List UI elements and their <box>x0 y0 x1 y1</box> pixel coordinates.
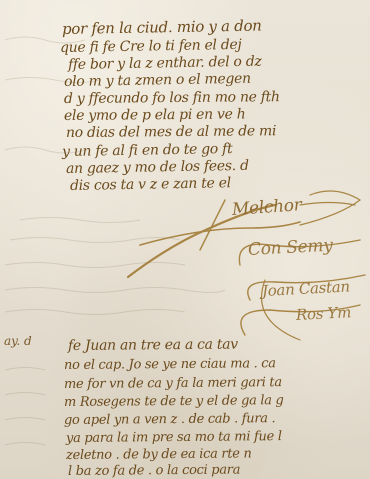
manuscript-line: ya para la im pre sa mo ta mi fue l <box>66 429 282 446</box>
manuscript-line: fe Juan an tre ea a ca tav <box>68 337 238 354</box>
signature-line: Ros Ym <box>296 303 352 324</box>
manuscript-line: zeletno . de by de ea ica rte n <box>66 446 252 463</box>
manuscript-line: go apel yn a ven z . de cab . fura . <box>64 411 275 428</box>
margin-note: ay. d <box>4 334 32 348</box>
manuscript-line: m Rosegens te de te y el de ga la g <box>64 393 284 410</box>
manuscript-line: no el cap. Jo se ye ne ciau ma . ca <box>64 356 276 373</box>
manuscript-page: por fen la ciud. mio y a don que fi fe C… <box>0 0 370 479</box>
manuscript-line: me for vn de ca y fa la meri gari ta <box>64 375 282 392</box>
manuscript-line: l ba zo fa de . o la coci para <box>68 462 240 479</box>
